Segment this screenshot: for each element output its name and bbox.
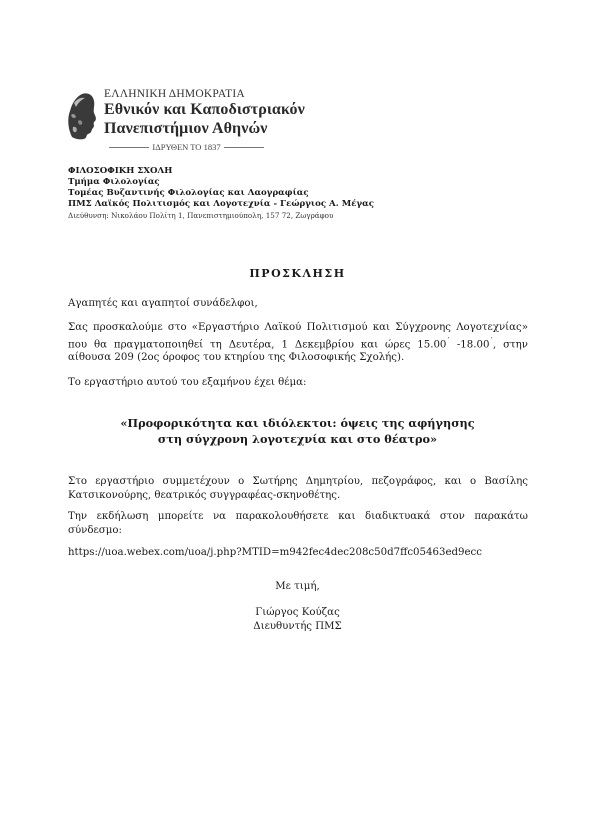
workshop-theme: «Προφορικότητα και ιδιόλεκτοι: όψεις της… [0,416,595,447]
webex-link[interactable]: https://uoa.webex.com/uoa/j.php?MTID=m94… [68,546,528,560]
online-note: Την εκδήλωση μπορείτε να παρακολουθήσετε… [68,510,528,537]
divider [224,147,264,148]
theme-line2: στη σύγχρονη λογοτεχνία και στο θέατρο» [0,432,595,448]
school-name: ΦΙΛΟΣΟΦΙΚΗ ΣΧΟΛΗ [68,166,374,177]
address: Διεύθυνση: Νικολάου Πολίτη 1, Πανεπιστημ… [68,210,374,221]
theme-intro: Το εργαστήριο αυτού του εξαμήνου έχει θέ… [68,376,528,390]
athena-head-emblem-icon [66,91,98,141]
program-name: ΠΜΣ Λαϊκός Πολιτισμός και Λογοτεχνία - Γ… [68,199,374,210]
department-block: ΦΙΛΟΣΟΦΙΚΗ ΣΧΟΛΗ Τμήμα Φιλολογίας Τομέας… [68,166,374,221]
signature-block: Γιώργος Κούζας Διευθυντής ΠΜΣ [0,606,595,633]
department-name: Τμήμα Φιλολογίας [68,177,374,188]
signatory-name: Γιώργος Κούζας [0,606,595,620]
university-name-line2: Πανεπιστήμιον Αθηνών [104,120,268,138]
sector-name: Τομέας Βυζαντινής Φιλολογίας και Λαογραφ… [68,188,374,199]
greeting: Αγαπητές και αγαπητοί συνάδελφοι, [68,297,528,311]
invitation-paragraph: Σας προσκαλούμε στο «Εργαστήριο Λαϊκού Π… [68,321,528,365]
founded-line: ΙΔΡΥΘΕΝ ΤΟ 1837 [109,142,264,152]
participants-paragraph: Στο εργαστήριο συμμετέχουν ο Σωτήρης Δημ… [68,475,528,502]
closing-salutation: Με τιμή, [0,580,595,594]
university-logo: ΕΛΛΗΝΙΚΗ ΔΗΜΟΚΡΑΤΙΑ Εθνικόν και Καποδιστ… [66,88,366,158]
university-name-line1: Εθνικόν και Καποδιστριακόν [104,101,305,119]
theme-line1: «Προφορικότητα και ιδιόλεκτοι: όψεις της… [0,416,595,432]
signatory-title: Διευθυντής ΠΜΣ [0,620,595,634]
document-title: ΠΡΟΣΚΛΗΣΗ [0,267,595,280]
republic-name: ΕΛΛΗΝΙΚΗ ΔΗΜΟΚΡΑΤΙΑ [104,88,245,100]
divider [109,147,149,148]
invitation-text-2: -18.00 [450,339,490,350]
founded-text: ΙΔΡΥΘΕΝ ΤΟ 1837 [149,142,223,152]
